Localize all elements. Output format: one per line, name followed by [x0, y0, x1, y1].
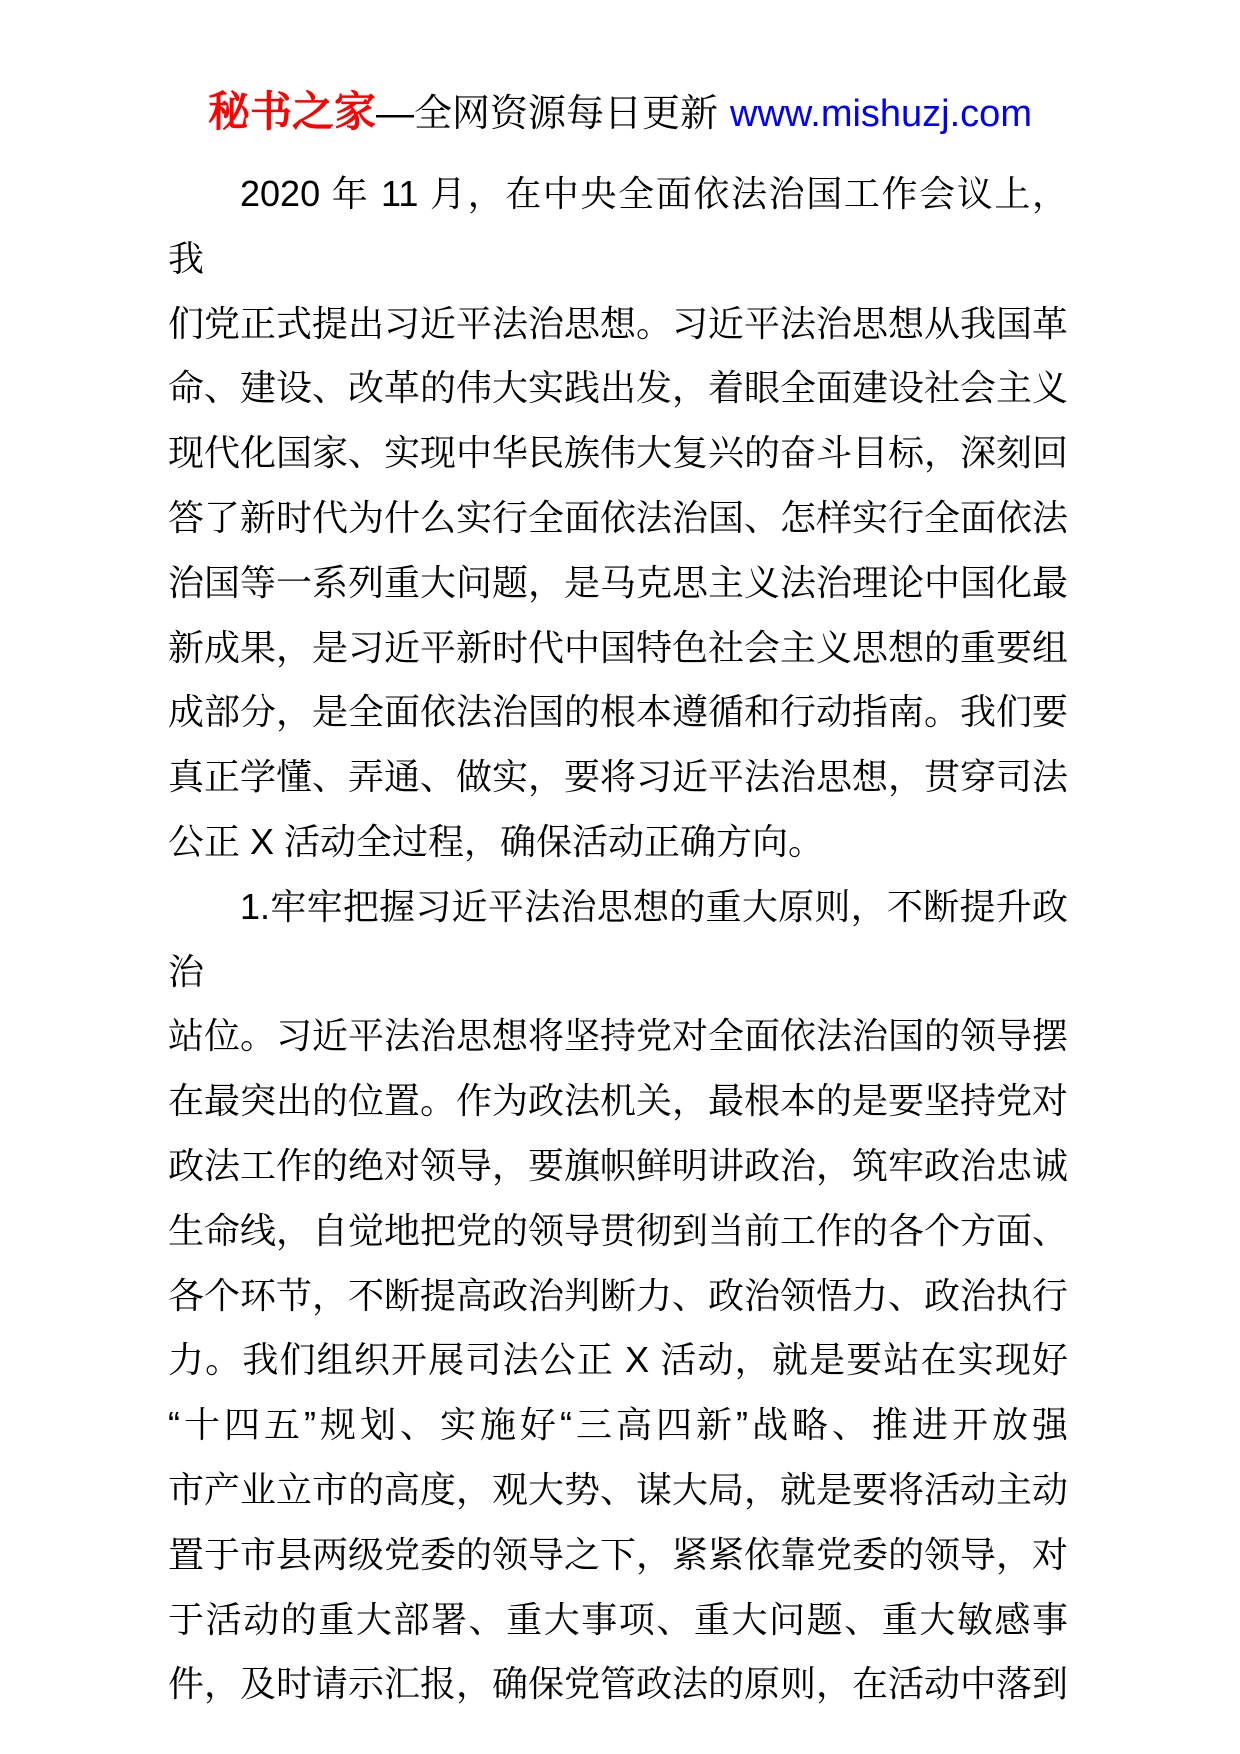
text-line: 新成果，是习近平新时代中国特色社会主义思想的重要组 — [168, 616, 1068, 681]
text-line: 生命线，自觉地把党的领导贯彻到当前工作的各个方面、 — [168, 1199, 1068, 1264]
text-line: 力。我们组织开展司法公正 X 活动，就是要站在实现好 — [168, 1328, 1068, 1393]
text-line: 件，及时请示汇报，确保党管政法的原则，在活动中落到 — [168, 1652, 1068, 1717]
text-line: “十四五”规划、实施好“三高四新”战略、推进开放强 — [168, 1393, 1068, 1458]
text-line: 现代化国家、实现中华民族伟大复兴的奋斗目标，深刻回 — [168, 421, 1068, 486]
text-line: 1.牢牢把握习近平法治思想的重大原则，不断提升政治 — [168, 875, 1068, 1005]
document-page: { "page": { "background": "#ffffff", "te… — [0, 0, 1240, 1754]
text-line: 政法工作的绝对领导，要旗帜鲜明讲政治，筑牢政治忠诚 — [168, 1134, 1068, 1199]
text-line: 各个环节，不断提高政治判断力、政治领悟力、政治执行 — [168, 1264, 1068, 1329]
text-line: 答了新时代为什么实行全面依法治国、怎样实行全面依法 — [168, 486, 1068, 551]
text-line: 市产业立市的高度，观大势、谋大局，就是要将活动主动 — [168, 1458, 1068, 1523]
paragraph: 2020 年 11 月，在中央全面依法治国工作会议上，我们党正式提出习近平法治思… — [168, 162, 1068, 875]
text-line: 2020 年 11 月，在中央全面依法治国工作会议上，我 — [168, 162, 1068, 292]
text-line: 治国等一系列重大问题，是马克思主义法治理论中国化最 — [168, 551, 1068, 616]
site-tagline: 全网资源每日更新 — [414, 93, 718, 135]
text-line: 命、建设、改革的伟大实践出发，着眼全面建设社会主义 — [168, 356, 1068, 421]
site-url-link[interactable]: www.mishuzj.com — [730, 93, 1032, 135]
text-line: 于活动的重大部署、重大事项、重大问题、重大敏感事 — [168, 1588, 1068, 1653]
paragraph: 1.牢牢把握习近平法治思想的重大原则，不断提升政治站位。习近平法治思想将坚持党对… — [168, 875, 1068, 1717]
text-line: 置于市县两级党委的领导之下，紧紧依靠党委的领导，对 — [168, 1523, 1068, 1588]
em-dash: — — [376, 93, 414, 135]
text-line: 公正 X 活动全过程，确保活动正确方向。 — [168, 810, 1068, 875]
text-line: 们党正式提出习近平法治思想。习近平法治思想从我国革 — [168, 292, 1068, 357]
text-line: 真正学懂、弄通、做实，要将习近平法治思想，贯穿司法 — [168, 745, 1068, 810]
text-line: 站位。习近平法治思想将坚持党对全面依法治国的领导摆 — [168, 1004, 1068, 1069]
text-line: 成部分，是全面依法治国的根本遵循和行动指南。我们要 — [168, 680, 1068, 745]
brand-name: 秘书之家 — [208, 88, 376, 135]
text-line: 在最突出的位置。作为政法机关，最根本的是要坚持党对 — [168, 1069, 1068, 1134]
site-header: 秘书之家—全网资源每日更新www.mishuzj.com — [0, 86, 1240, 140]
document-body: 2020 年 11 月，在中央全面依法治国工作会议上，我们党正式提出习近平法治思… — [168, 162, 1068, 1717]
